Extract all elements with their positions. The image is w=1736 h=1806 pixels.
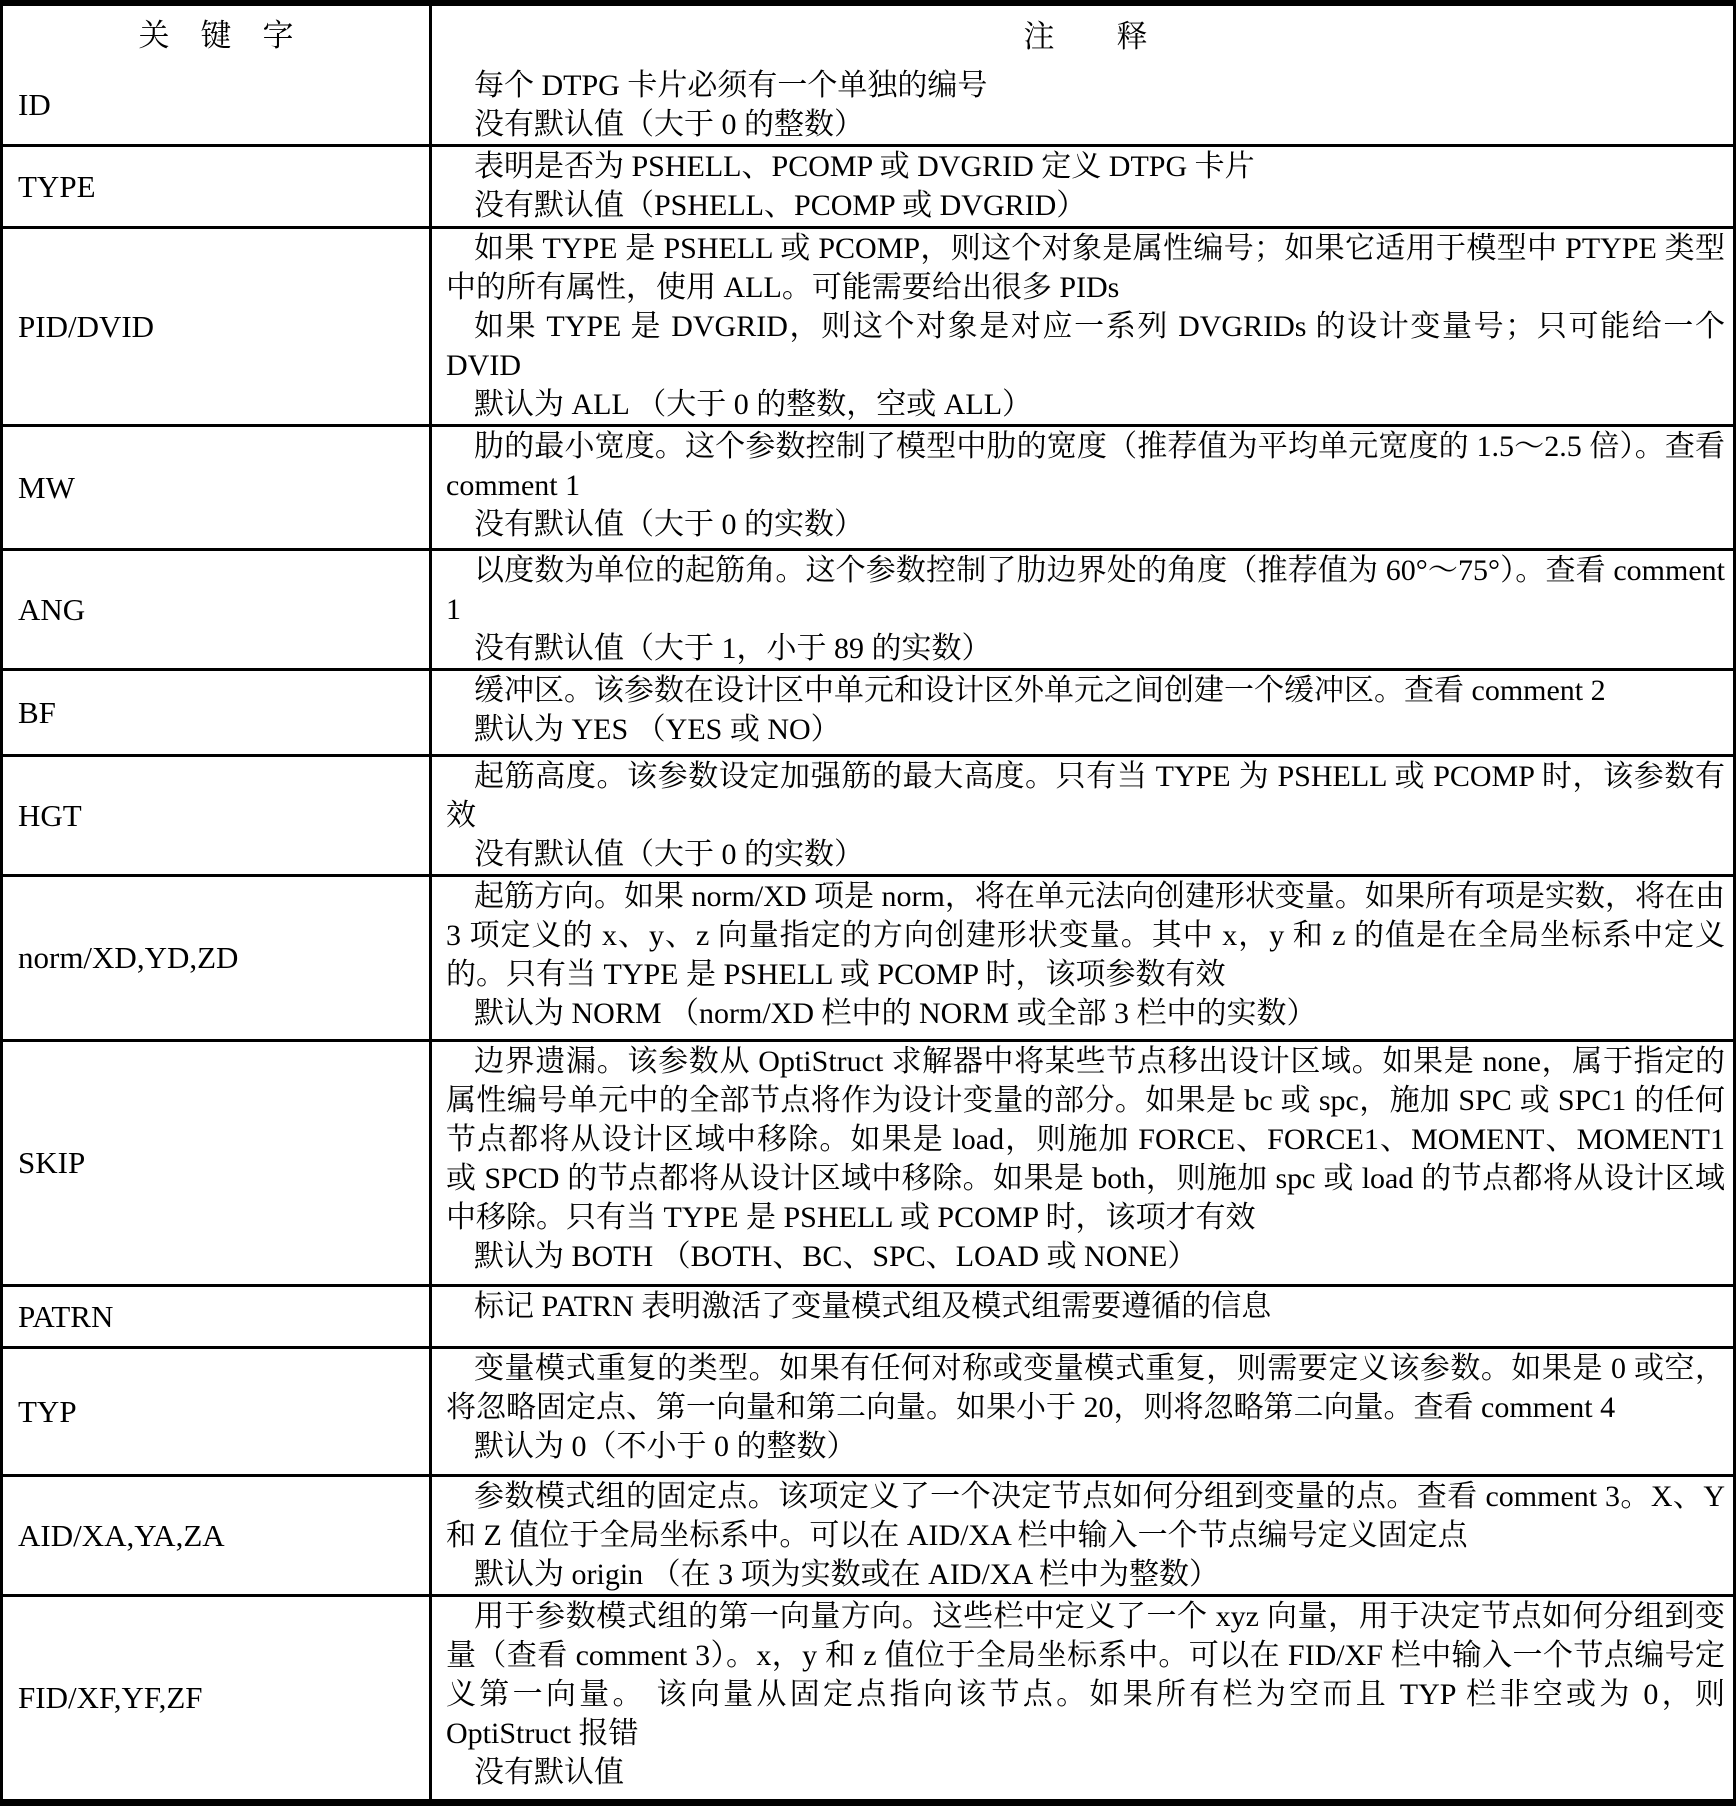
note-paragraph: 参数模式组的固定点。该项定义了一个决定节点如何分组到变量的点。查看 commen… xyxy=(446,1477,1725,1555)
keyword-label: HGT xyxy=(18,797,82,835)
table-row: ID每个 DTPG 卡片必须有一个单独的编号没有默认值（大于 0 的整数） xyxy=(3,66,1733,144)
note-paragraph: 默认为 0（不小于 0 的整数） xyxy=(446,1427,1725,1466)
note-paragraph: 默认为 origin （在 3 项为实数或在 AID/XA 栏中为整数） xyxy=(446,1555,1725,1594)
note-paragraph: 默认为 YES （YES 或 NO） xyxy=(446,710,1725,749)
note-paragraph: 没有默认值 xyxy=(446,1753,1725,1792)
keyword-cell: FID/XF,YF,ZF xyxy=(3,1597,429,1799)
table-row: TYP变量模式重复的类型。如果有任何对称或变量模式重复，则需要定义该参数。如果是… xyxy=(3,1346,1733,1474)
table-row: PID/DVID如果 TYPE 是 PSHELL 或 PCOMP，则这个对象是属… xyxy=(3,226,1733,424)
keyword-cell: HGT xyxy=(3,757,429,874)
table-header-row: 关 键 字 注 释 xyxy=(3,6,1733,66)
keyword-label: ANG xyxy=(18,591,85,629)
note-paragraph: 起筋高度。该参数设定加强筋的最大高度。只有当 TYPE 为 PSHELL 或 P… xyxy=(446,757,1725,835)
note-paragraph: 默认为 NORM （norm/XD 栏中的 NORM 或全部 3 栏中的实数） xyxy=(446,994,1725,1033)
note-paragraph: 如果 TYPE 是 DVGRID，则这个对象是对应一系列 DVGRIDs 的设计… xyxy=(446,307,1725,385)
table-row: norm/XD,YD,ZD起筋方向。如果 norm/XD 项是 norm，将在单… xyxy=(3,874,1733,1039)
keyword-cell: norm/XD,YD,ZD xyxy=(3,877,429,1039)
table-row: AID/XA,YA,ZA参数模式组的固定点。该项定义了一个决定节点如何分组到变量… xyxy=(3,1474,1733,1594)
keyword-cell: TYPE xyxy=(3,147,429,226)
table-row: BF缓冲区。该参数在设计区中单元和设计区外单元之间创建一个缓冲区。查看 comm… xyxy=(3,668,1733,754)
keyword-cell: TYP xyxy=(3,1349,429,1474)
note-paragraph: 如果 TYPE 是 PSHELL 或 PCOMP，则这个对象是属性编号；如果它适… xyxy=(446,229,1725,307)
note-paragraph: 默认为 ALL （大于 0 的整数，空或 ALL） xyxy=(446,385,1725,424)
keyword-label: PID/DVID xyxy=(18,308,154,346)
keyword-cell: AID/XA,YA,ZA xyxy=(3,1477,429,1594)
note-cell: 如果 TYPE 是 PSHELL 或 PCOMP，则这个对象是属性编号；如果它适… xyxy=(429,229,1733,424)
note-paragraph: 没有默认值（大于 0 的实数） xyxy=(446,835,1725,874)
keyword-label: SKIP xyxy=(18,1144,85,1182)
note-paragraph: 没有默认值（大于 1，小于 89 的实数） xyxy=(446,629,1725,668)
note-cell: 每个 DTPG 卡片必须有一个单独的编号没有默认值（大于 0 的整数） xyxy=(429,66,1733,144)
note-paragraph: 起筋方向。如果 norm/XD 项是 norm，将在单元法向创建形状变量。如果所… xyxy=(446,877,1725,994)
table-body: ID每个 DTPG 卡片必须有一个单独的编号没有默认值（大于 0 的整数）TYP… xyxy=(3,66,1733,1799)
header-note-cell: 注 释 xyxy=(429,6,1733,66)
keyword-cell: PID/DVID xyxy=(3,229,429,424)
note-paragraph: 变量模式重复的类型。如果有任何对称或变量模式重复，则需要定义该参数。如果是 0 … xyxy=(446,1349,1725,1427)
note-cell: 缓冲区。该参数在设计区中单元和设计区外单元之间创建一个缓冲区。查看 commen… xyxy=(429,671,1733,754)
header-keyword-label: 关 键 字 xyxy=(139,17,294,55)
note-paragraph: 边界遗漏。该参数从 OptiStruct 求解器中将某些节点移出设计区域。如果是… xyxy=(446,1042,1725,1237)
table-row: MW肋的最小宽度。这个参数控制了模型中肋的宽度（推荐值为平均单元宽度的 1.5～… xyxy=(3,424,1733,548)
table-row: ANG以度数为单位的起筋角。这个参数控制了肋边界处的角度（推荐值为 60°～75… xyxy=(3,548,1733,668)
note-paragraph: 表明是否为 PSHELL、PCOMP 或 DVGRID 定义 DTPG 卡片 xyxy=(446,147,1725,186)
table-row: HGT起筋高度。该参数设定加强筋的最大高度。只有当 TYPE 为 PSHELL … xyxy=(3,754,1733,874)
table-row: FID/XF,YF,ZF用于参数模式组的第一向量方向。这些栏中定义了一个 xyz… xyxy=(3,1594,1733,1799)
note-paragraph: 每个 DTPG 卡片必须有一个单独的编号 xyxy=(446,66,1725,105)
note-cell: 表明是否为 PSHELL、PCOMP 或 DVGRID 定义 DTPG 卡片没有… xyxy=(429,147,1733,226)
note-cell: 变量模式重复的类型。如果有任何对称或变量模式重复，则需要定义该参数。如果是 0 … xyxy=(429,1349,1733,1474)
note-paragraph: 用于参数模式组的第一向量方向。这些栏中定义了一个 xyz 向量，用于决定节点如何… xyxy=(446,1597,1725,1753)
keyword-cell: PATRN xyxy=(3,1287,429,1346)
note-cell: 起筋高度。该参数设定加强筋的最大高度。只有当 TYPE 为 PSHELL 或 P… xyxy=(429,757,1733,874)
keyword-label: FID/XF,YF,ZF xyxy=(18,1679,203,1717)
header-note-label: 注 释 xyxy=(1024,17,1148,56)
keyword-notes-table: 关 键 字 注 释 ID每个 DTPG 卡片必须有一个单独的编号没有默认值（大于… xyxy=(0,0,1736,1806)
keyword-label: ID xyxy=(18,86,51,124)
keyword-label: BF xyxy=(18,694,56,732)
keyword-cell: MW xyxy=(3,427,429,548)
note-paragraph: 没有默认值（大于 0 的整数） xyxy=(446,105,1725,144)
keyword-label: TYP xyxy=(18,1393,77,1431)
note-paragraph: 标记 PATRN 表明激活了变量模式组及模式组需要遵循的信息 xyxy=(446,1287,1725,1326)
note-paragraph: 没有默认值（大于 0 的实数） xyxy=(446,505,1725,544)
keyword-cell: ANG xyxy=(3,551,429,668)
keyword-label: PATRN xyxy=(18,1298,113,1336)
note-cell: 边界遗漏。该参数从 OptiStruct 求解器中将某些节点移出设计区域。如果是… xyxy=(429,1042,1733,1284)
table-row: TYPE表明是否为 PSHELL、PCOMP 或 DVGRID 定义 DTPG … xyxy=(3,144,1733,226)
note-cell: 参数模式组的固定点。该项定义了一个决定节点如何分组到变量的点。查看 commen… xyxy=(429,1477,1733,1594)
keyword-cell: ID xyxy=(3,66,429,144)
note-cell: 以度数为单位的起筋角。这个参数控制了肋边界处的角度（推荐值为 60°～75°）。… xyxy=(429,551,1733,668)
table-row: PATRN标记 PATRN 表明激活了变量模式组及模式组需要遵循的信息 xyxy=(3,1284,1733,1346)
note-paragraph: 缓冲区。该参数在设计区中单元和设计区外单元之间创建一个缓冲区。查看 commen… xyxy=(446,671,1725,710)
note-cell: 肋的最小宽度。这个参数控制了模型中肋的宽度（推荐值为平均单元宽度的 1.5～2.… xyxy=(429,427,1733,548)
note-paragraph: 以度数为单位的起筋角。这个参数控制了肋边界处的角度（推荐值为 60°～75°）。… xyxy=(446,551,1725,629)
header-keyword-cell: 关 键 字 xyxy=(3,6,429,66)
keyword-cell: SKIP xyxy=(3,1042,429,1284)
note-cell: 起筋方向。如果 norm/XD 项是 norm，将在单元法向创建形状变量。如果所… xyxy=(429,877,1733,1039)
table-row: SKIP边界遗漏。该参数从 OptiStruct 求解器中将某些节点移出设计区域… xyxy=(3,1039,1733,1284)
keyword-label: AID/XA,YA,ZA xyxy=(18,1517,225,1555)
note-paragraph: 没有默认值（PSHELL、PCOMP 或 DVGRID） xyxy=(446,186,1725,225)
note-cell: 标记 PATRN 表明激活了变量模式组及模式组需要遵循的信息 xyxy=(429,1287,1733,1346)
keyword-label: norm/XD,YD,ZD xyxy=(18,939,238,977)
keyword-label: MW xyxy=(18,469,75,507)
note-paragraph: 肋的最小宽度。这个参数控制了模型中肋的宽度（推荐值为平均单元宽度的 1.5～2.… xyxy=(446,427,1725,505)
keyword-label: TYPE xyxy=(18,168,96,206)
note-cell: 用于参数模式组的第一向量方向。这些栏中定义了一个 xyz 向量，用于决定节点如何… xyxy=(429,1597,1733,1799)
note-paragraph: 默认为 BOTH （BOTH、BC、SPC、LOAD 或 NONE） xyxy=(446,1237,1725,1276)
keyword-cell: BF xyxy=(3,671,429,754)
